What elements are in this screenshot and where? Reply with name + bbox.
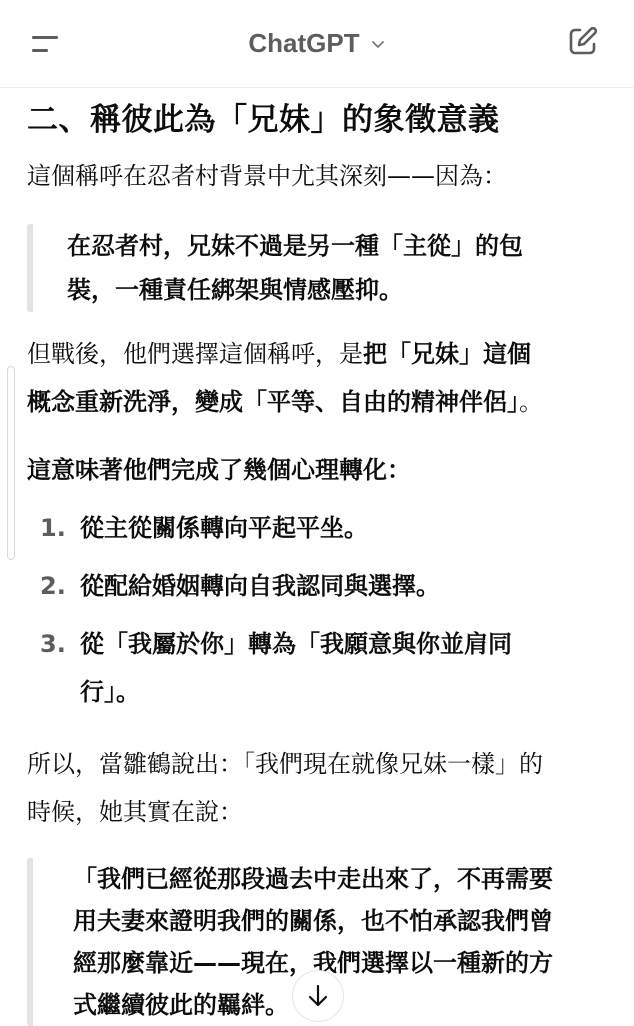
arrow-down-icon — [305, 983, 331, 1009]
quote-line: 「我們已經從那段過去中走出來了，不再需要 — [73, 858, 607, 900]
list-item: 3. 從「我屬於你」轉為「我願意與你並肩同行」。 — [40, 620, 570, 716]
model-selector[interactable]: ChatGPT — [248, 28, 385, 59]
quote-line: 用夫妻來證明我們的關係，也不怕承認我們曾 — [73, 900, 607, 942]
bold-text: 概念重新洗淨，變成「平等、自由的精神伴侶」 — [27, 388, 519, 416]
quote-line: 裝，一種責任綁架與情感壓抑。 — [67, 268, 607, 312]
list-number: 3. — [40, 620, 80, 716]
menu-icon — [32, 36, 58, 39]
list-number: 1. — [40, 504, 80, 552]
list-item: 1. 從主從關係轉向平起平坐。 — [40, 504, 600, 552]
menu-button[interactable] — [30, 24, 74, 64]
paragraph-3: 所以，當雛鶴說出：「我們現在就像兄妹一樣」的 時候，她其實在說： — [27, 740, 607, 836]
text-line: 時候，她其實在說： — [27, 788, 607, 836]
chevron-down-icon — [370, 36, 386, 52]
scroll-to-bottom-button[interactable] — [292, 970, 344, 1022]
list-text: 從「我屬於你」轉為「我願意與你並肩同行」。 — [80, 620, 570, 716]
menu-icon-bar — [32, 49, 48, 52]
bold-text: 把「兄妹」這個 — [363, 340, 531, 368]
list-text: 從主從關係轉向平起平坐。 — [80, 504, 600, 552]
edit-icon[interactable] — [566, 24, 600, 58]
list-heading: 這意味著他們完成了幾個心理轉化： — [27, 446, 607, 494]
list-item: 2. 從配給婚姻轉向自我認同與選擇。 — [40, 562, 600, 610]
scrollbar[interactable] — [7, 366, 15, 560]
blockquote-1: 在忍者村，兄妹不過是另一種「主從」的包 裝，一種責任綁架與情感壓抑。 — [27, 224, 607, 312]
section-heading: 二、稱彼此為「兄妹」的象徵意義 — [27, 94, 500, 139]
text: 但戰後，他們選擇這個稱呼，是 — [27, 340, 363, 368]
text-line: 所以，當雛鶴說出：「我們現在就像兄妹一樣」的 — [27, 740, 607, 788]
list-number: 2. — [40, 562, 80, 610]
quote-line: 經那麼靠近——現在，我們選擇以一種新的方 — [73, 942, 607, 984]
app-title: ChatGPT — [248, 28, 359, 59]
top-bar: ChatGPT — [0, 0, 634, 88]
quote-line: 在忍者村，兄妹不過是另一種「主從」的包 — [67, 224, 607, 268]
intro-paragraph: 這個稱呼在忍者村背景中尤其深刻——因為： — [27, 152, 607, 200]
paragraph-2: 但戰後，他們選擇這個稱呼，是把「兄妹」這個 概念重新洗淨，變成「平等、自由的精神… — [27, 330, 607, 426]
text: 。 — [519, 388, 543, 416]
list-text: 從配給婚姻轉向自我認同與選擇。 — [80, 562, 600, 610]
